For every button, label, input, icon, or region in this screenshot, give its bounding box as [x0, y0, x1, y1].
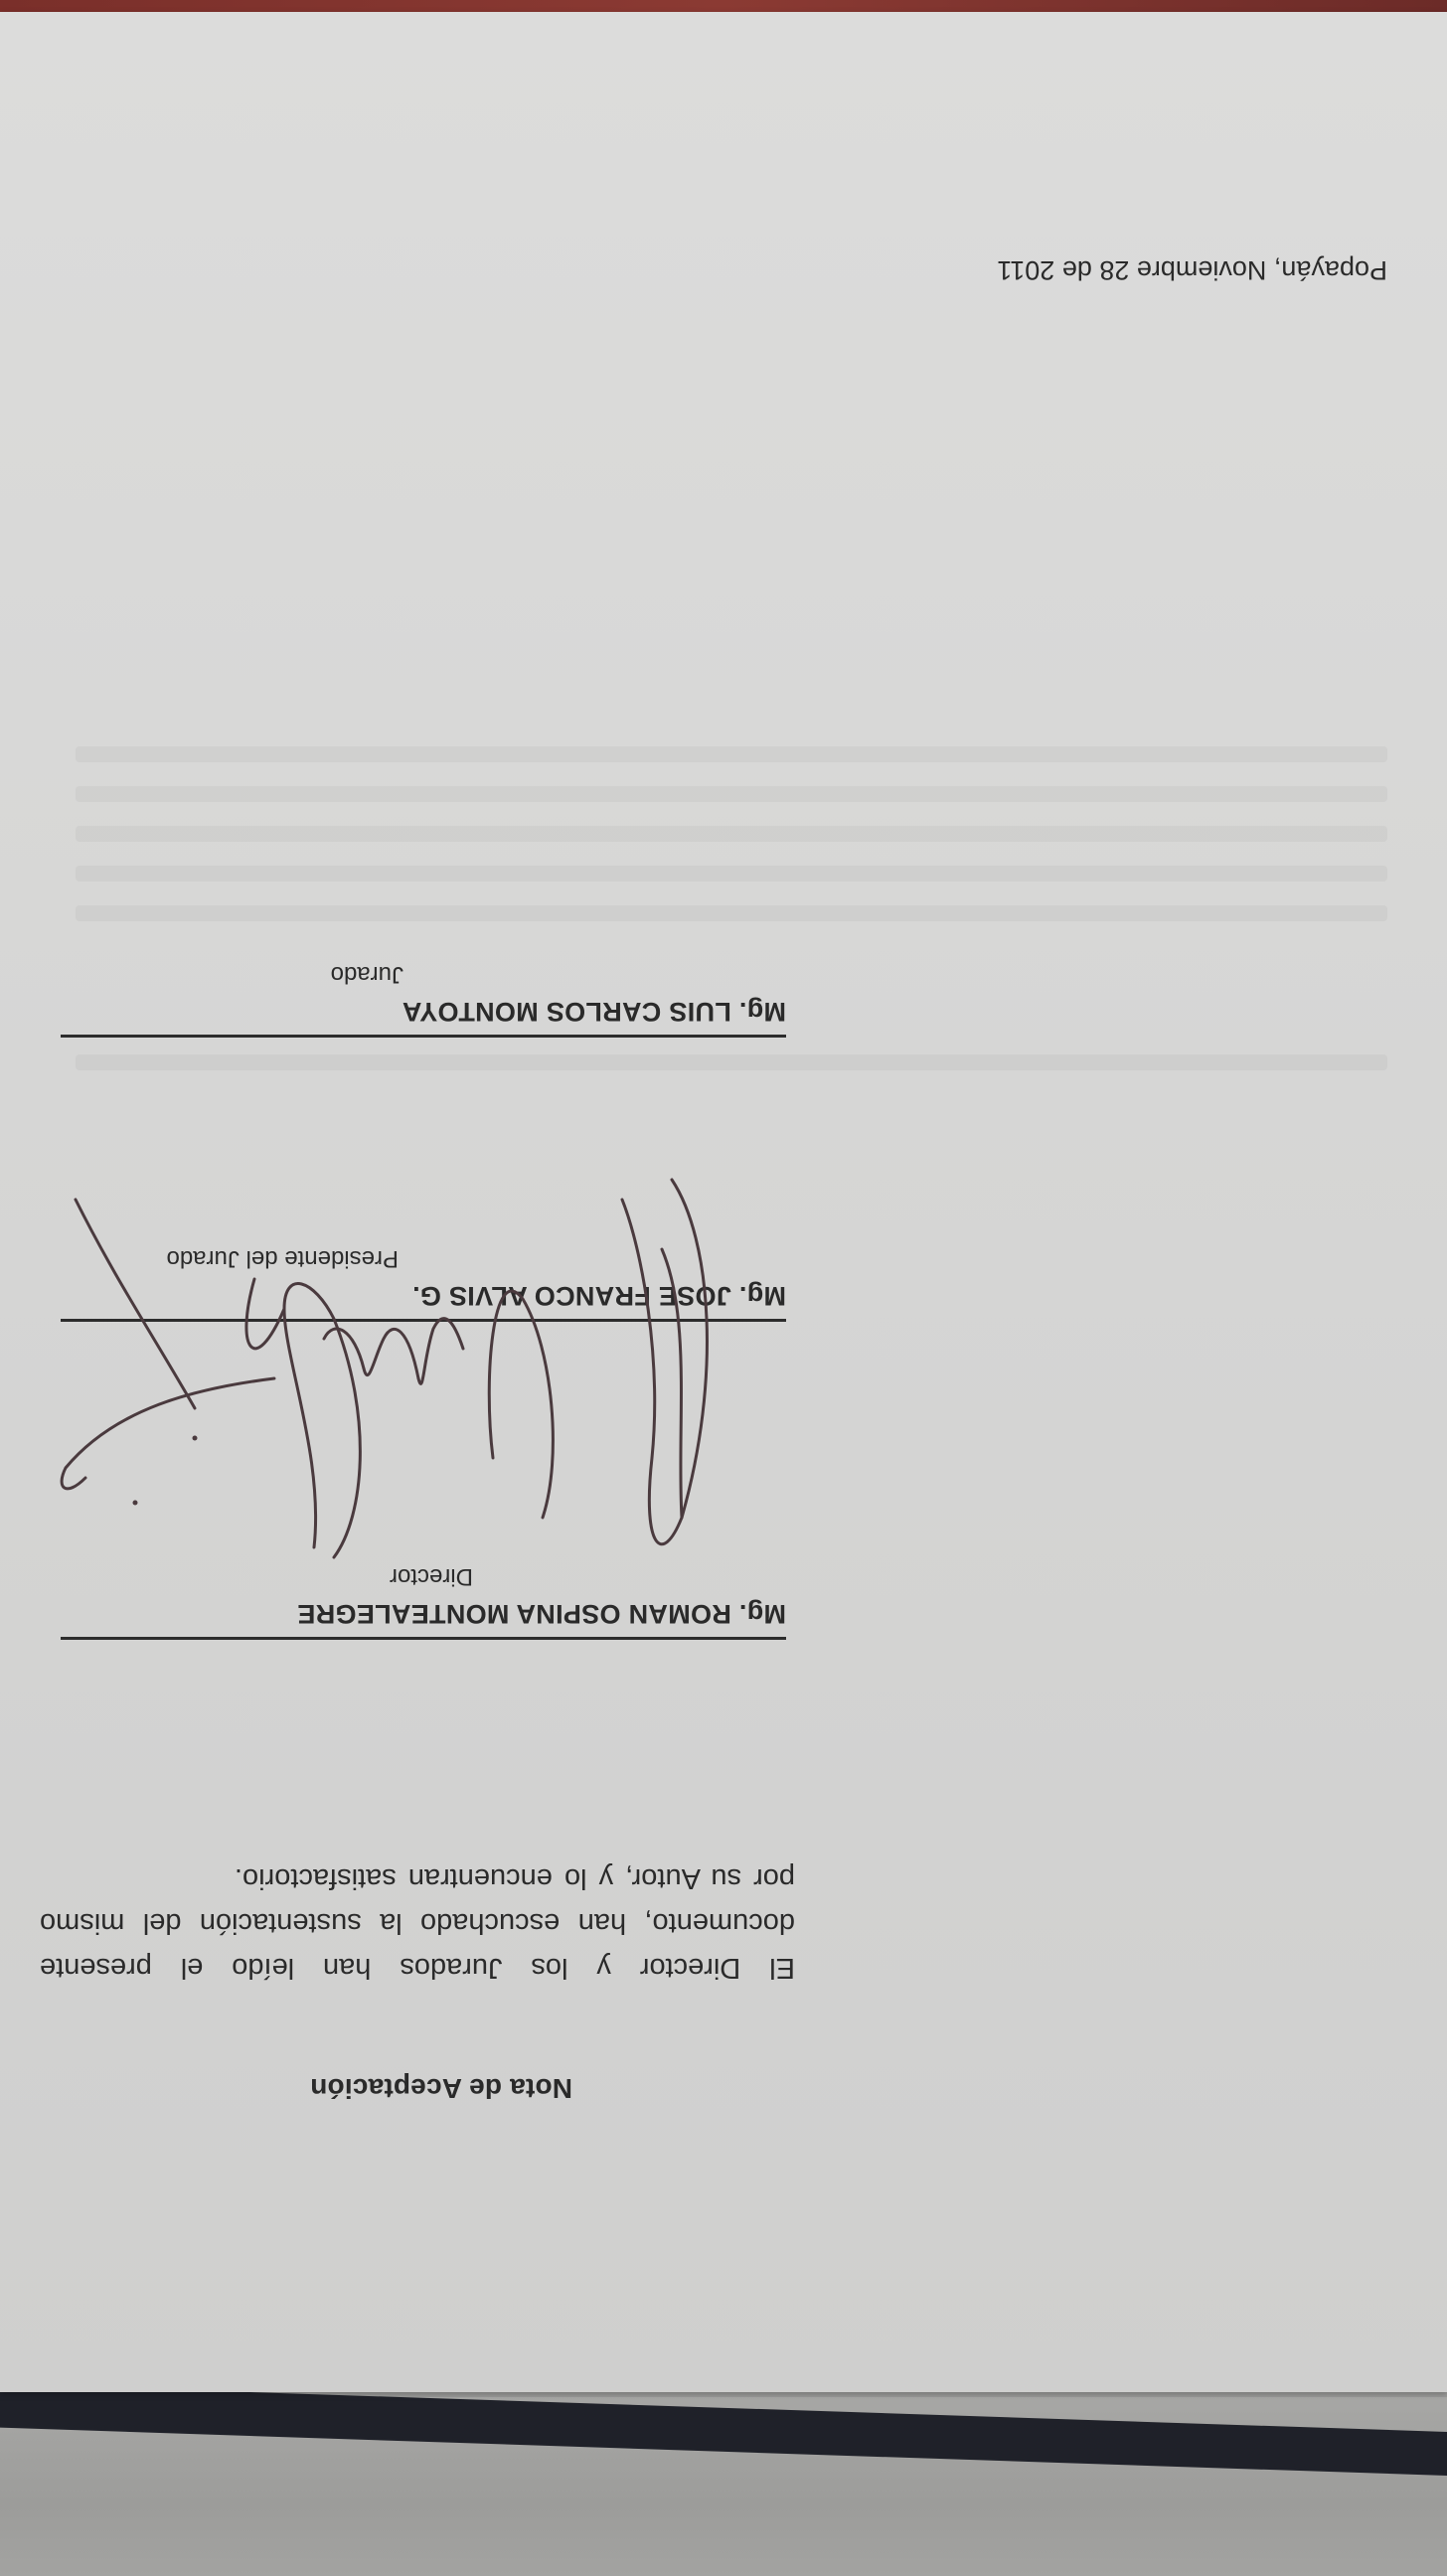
signatory-role: Presidente del Jurado [46, 1244, 399, 1272]
page-title: Nota de Aceptación [310, 2072, 572, 2104]
bleed-through [76, 905, 1387, 921]
place-and-date: Popayán, Noviembre 28 de 2011 [997, 254, 1387, 285]
bleed-through [76, 786, 1387, 802]
signature-line [61, 1319, 786, 1322]
bleed-through [76, 746, 1387, 762]
handwritten-signature-icon [36, 1160, 751, 1577]
signatory-role: Director [46, 1562, 473, 1590]
signature-block-jury: Mg. LUIS CARLOS MONTOYA Jurado [46, 960, 801, 1038]
signatory-name: Mg. ROMAN OSPINA MONTEALEGRE [46, 1598, 786, 1629]
bleed-through [76, 826, 1387, 842]
bleed-through [76, 866, 1387, 882]
signatory-name: Mg. LUIS CARLOS MONTOYA [46, 996, 786, 1027]
acceptance-paragraph: El Director y los Jurados han leído el p… [40, 1855, 795, 1990]
signatory-name: Mg. JOSE FRANCO ALVIS G. [46, 1280, 786, 1311]
signature-line [61, 1637, 786, 1640]
bleed-through [76, 1054, 1387, 1070]
signature-block-director: Mg. ROMAN OSPINA MONTEALEGRE Director [46, 1562, 801, 1640]
paper-sheet: Nota de Aceptación El Director y los Jur… [0, 12, 1447, 2392]
signatory-role: Jurado [46, 960, 403, 988]
signature-line [61, 1035, 786, 1038]
document-page: Nota de Aceptación El Director y los Jur… [0, 12, 1447, 2392]
signature-block-president: Mg. JOSE FRANCO ALVIS G. Presidente del … [46, 1244, 801, 1322]
